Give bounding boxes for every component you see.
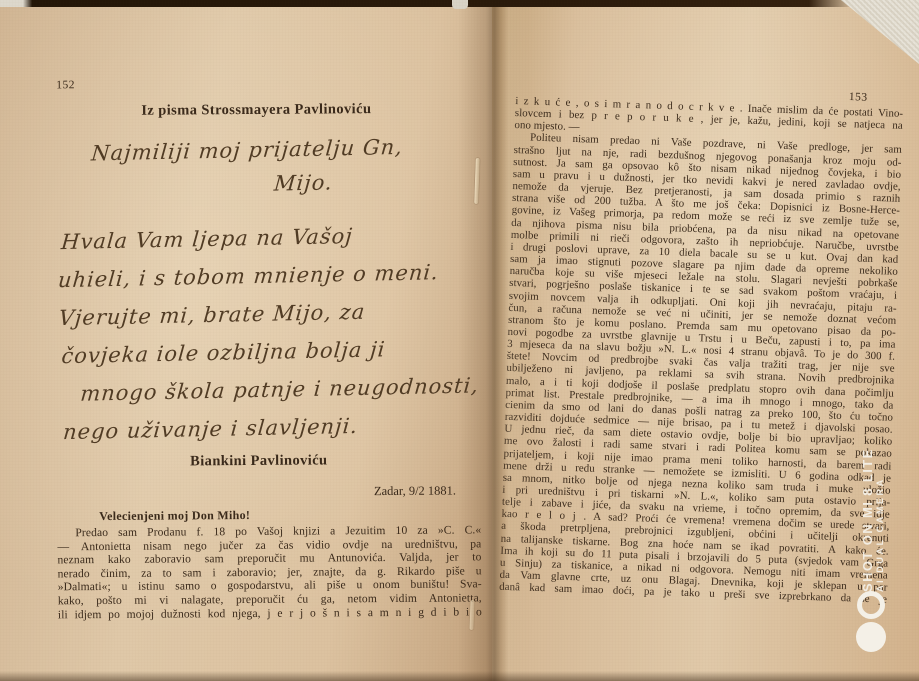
watermark-shot-on-label: SHOT ON MI 8 LITE — [860, 412, 875, 592]
salutation: Velecienjeni moj Don Miho! — [99, 508, 250, 524]
printed-line: ili idjem po mojoj dužnosti kod njega, j… — [58, 605, 482, 622]
right-page-content: 153 i z k u ć e , o s i m r a n o d o c … — [499, 80, 904, 606]
right-page: 153 i z k u ć e , o s i m r a n o d o c … — [492, 0, 919, 681]
circle-outline-icon — [857, 591, 885, 619]
circle-filled-icon — [856, 622, 886, 652]
book-photo: 152 Iz pisma Strossmayera Pavlinoviću Na… — [0, 0, 919, 681]
watermark-camera-label: AI DUAL CAMERA — [875, 412, 886, 592]
right-page-text: i z k u ć e , o s i m r a n o d o c r k … — [499, 95, 903, 606]
left-page-number: 152 — [56, 79, 75, 91]
left-page-content: 152 Iz pisma Strossmayera Pavlinoviću Na… — [0, 3, 494, 681]
left-page-heading: Iz pisma Strossmayera Pavlinoviću — [53, 101, 459, 121]
dateline: Zadar, 9/2 1881. — [56, 483, 462, 501]
camera-watermark: SHOT ON MI 8 LITE AI DUAL CAMERA — [860, 412, 894, 592]
left-page-subheading: Biankini Pavlinoviću — [56, 451, 462, 471]
page-edge-notch — [452, 0, 468, 9]
left-paragraph: Predao sam Prodanu f. 18 po Vašoj knjizi… — [57, 523, 482, 621]
handwritten-line: Mijo. — [272, 168, 467, 210]
left-page: 152 Iz pisma Strossmayera Pavlinoviću Na… — [0, 5, 492, 681]
handwritten-letter: Najmiliji moj prijatelju Gn,Mijo.Hvala V… — [54, 134, 471, 459]
